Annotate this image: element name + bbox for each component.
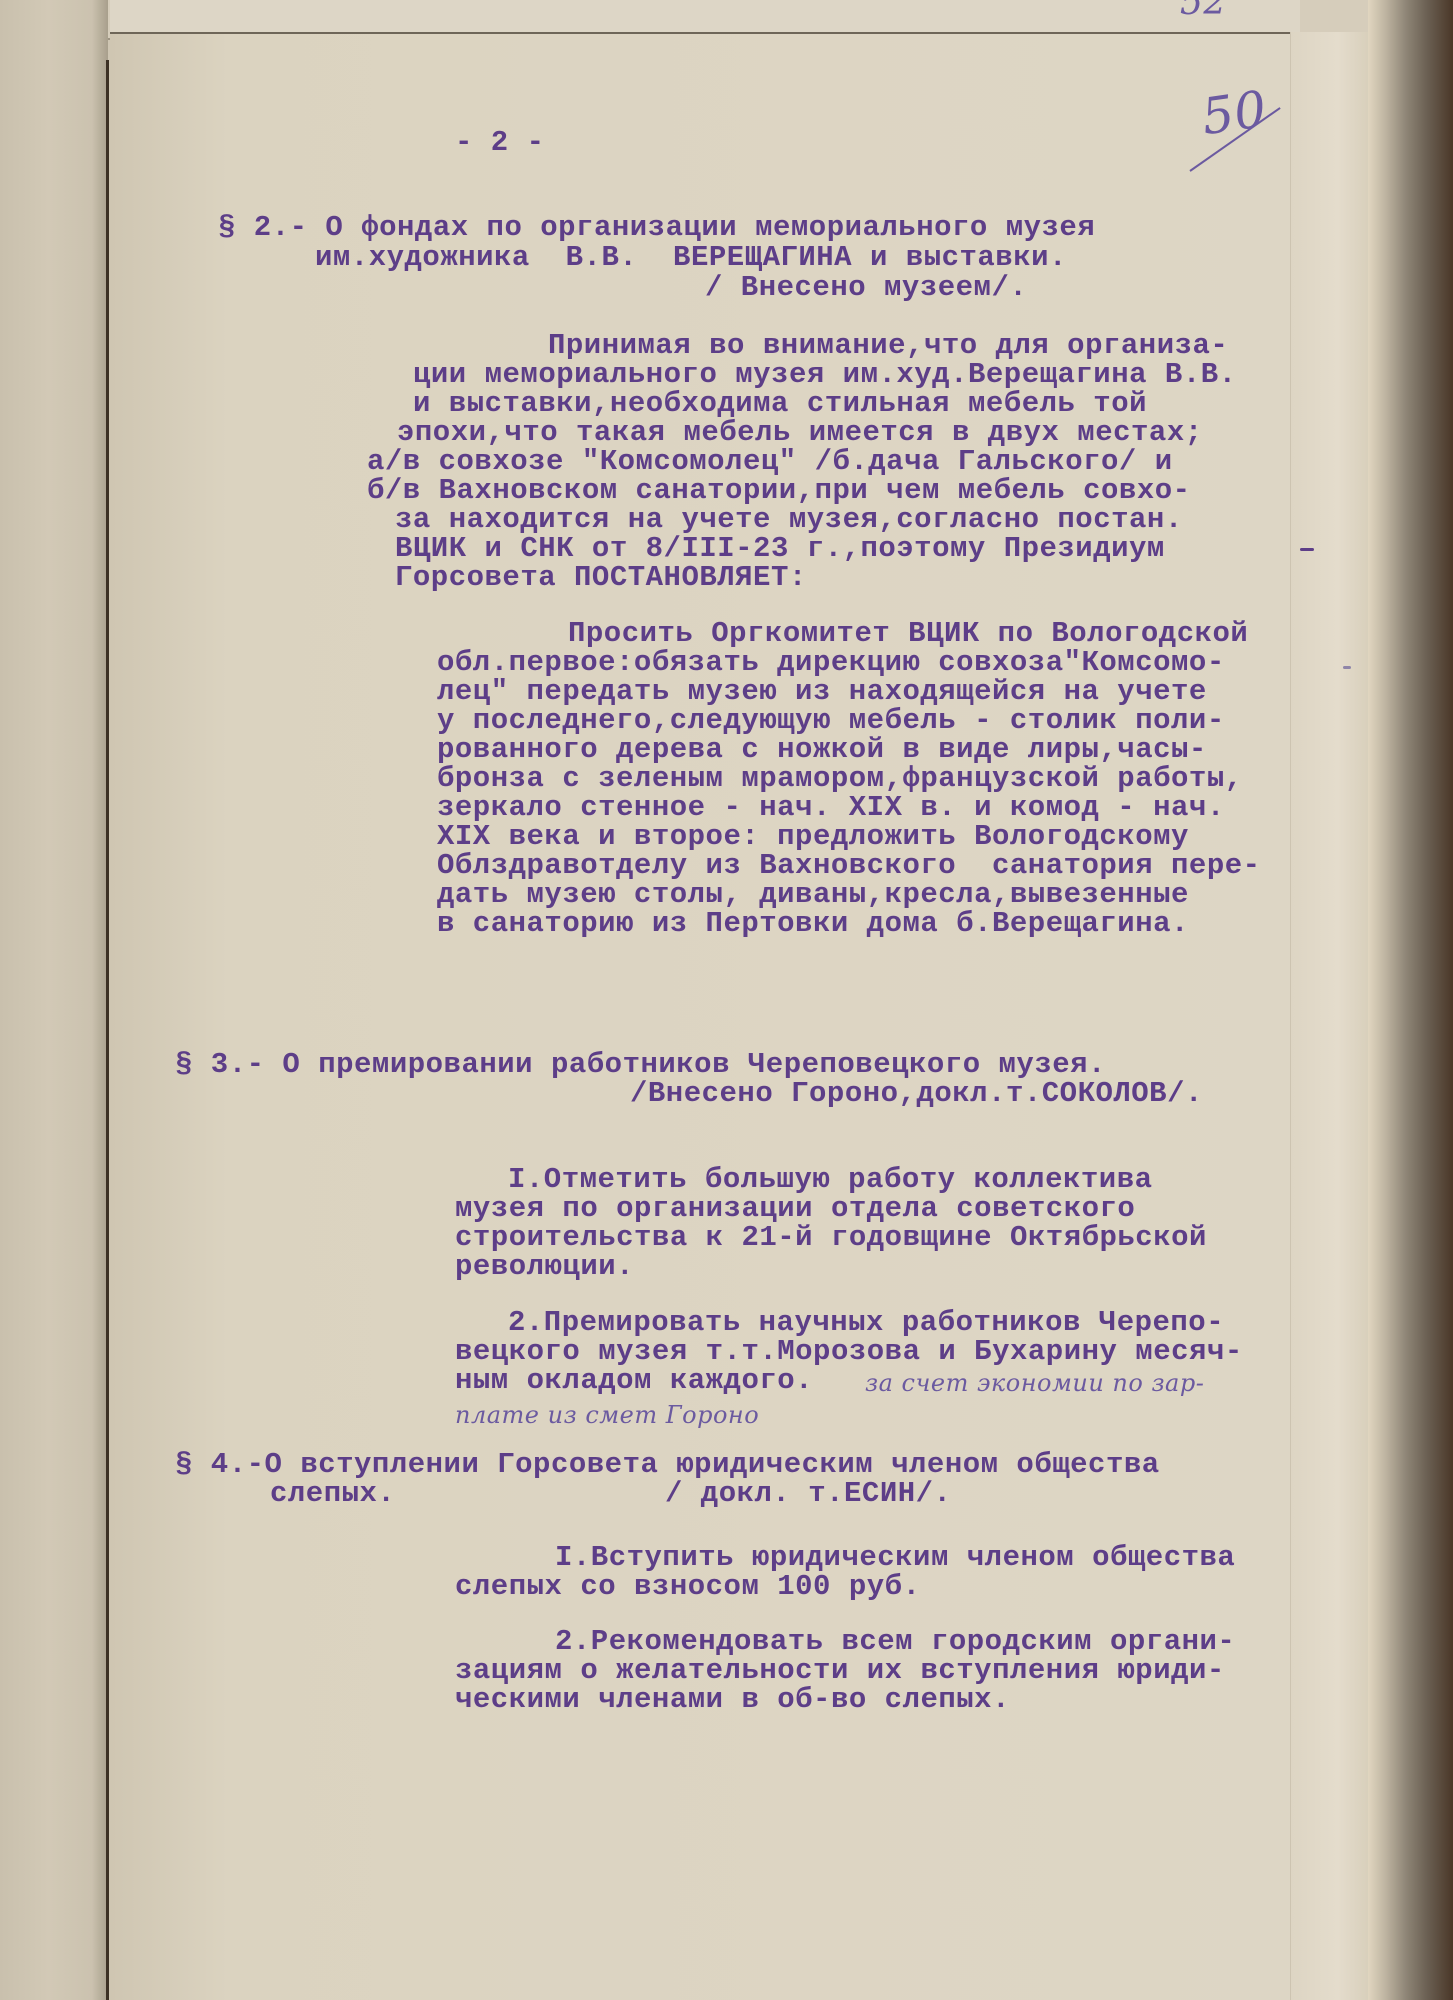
text-line: ции мемориального музея им.худ.Верещагин… <box>413 360 1237 390</box>
adjacent-left-page <box>0 0 108 2000</box>
text-line: у последнего,следующую мебель - столик п… <box>437 706 1225 736</box>
underlying-sheet-edge <box>110 0 1300 34</box>
text-line: дать музею столы, диваны,кресла,вывезенн… <box>437 880 1189 910</box>
text-line: в санаторию из Пертовки дома б.Верещагин… <box>437 909 1189 939</box>
text-line: рованного дерева с ножкой в виде лиры,ча… <box>437 735 1207 765</box>
section-4-reporter: / докл. т.ЕСИН/. <box>665 1479 951 1509</box>
section-2-submitter: / Внесено музеем/. <box>705 273 1027 303</box>
section-2-heading-line: им.художника В.В. ВЕРЕЩАГИНА и выставки. <box>315 243 1067 273</box>
text-line: лец" передать музею из находящейся на уч… <box>437 677 1207 707</box>
text-line: эпохи,что такая мебель имеется в двух ме… <box>397 418 1203 448</box>
text-line: ческими членами в об-во слепых. <box>455 1685 1010 1715</box>
text-line: ВЦИК и СНК от 8/III-23 г.,поэтому Презид… <box>395 534 1165 564</box>
text-line: за находится на учете музея,согласно пос… <box>395 505 1183 535</box>
text-line: бронза с зеленым мрамором,французской ра… <box>437 764 1243 794</box>
text-line: ным окладом каждого. <box>455 1366 813 1396</box>
section-3-heading-line: § 3.- О премировании работников Черепове… <box>175 1050 1106 1080</box>
text-line: обл.первое:обязать дирекцию совхоза"Комс… <box>437 648 1225 678</box>
text-line: Принимая во внимание,что для организа- <box>548 331 1228 361</box>
text-line: 2.Рекомендовать всем городским органи- <box>555 1627 1235 1657</box>
text-line: б/в Вахновском санатории,при чем мебель … <box>367 476 1191 506</box>
text-line: Просить Оргкомитет ВЦИК по Вологодской <box>568 619 1248 649</box>
text-line: вецкого музея т.т.Морозова и Бухарину ме… <box>455 1337 1243 1367</box>
text-line: музея по организации отдела советского <box>455 1194 1135 1224</box>
text-line: строительства к 21-й годовщине Октябрьск… <box>455 1223 1207 1253</box>
section-3-submitter: /Внесено Гороно,докл.т.СОКОЛОВ/. <box>630 1079 1203 1109</box>
ink-mark <box>1300 548 1314 551</box>
section-4-heading-line: § 4.-О вступлении Горсовета юридическим … <box>175 1450 1160 1480</box>
text-line: слепых со взносом 100 руб. <box>455 1572 920 1602</box>
text-line: I.Отметить большую работу коллектива <box>508 1165 1153 1195</box>
text-line: а/в совхозе "Комсомолец" /б.дача Гальско… <box>367 447 1173 477</box>
binding-gutter <box>106 60 109 2000</box>
text-line: революции. <box>455 1252 634 1282</box>
handwritten-annotation: плате из смет Гороно <box>455 1400 759 1430</box>
page-stack-edge <box>1368 0 1453 2000</box>
folio-number-handwritten: 50 <box>1200 94 1268 133</box>
text-line: зеркало стенное - нач. XIX в. и комод - … <box>437 793 1225 823</box>
section-4-heading-line: слепых. <box>270 1479 395 1509</box>
text-line: Горсовета ПОСТАНОВЛЯЕТ: <box>395 563 807 593</box>
section-2-heading-line: § 2.- О фондах по организации мемориальн… <box>218 213 1095 243</box>
ink-mark <box>1343 666 1351 669</box>
handwritten-annotation: за счет экономии по зар- <box>865 1368 1204 1398</box>
page-number: - 2 - <box>455 128 545 158</box>
text-line: Облздравотделу из Вахновского санатория … <box>437 851 1261 881</box>
text-line: и выставки,необходима стильная мебель то… <box>413 389 1147 419</box>
text-line: I.Вступить юридическим членом общества <box>555 1543 1235 1573</box>
text-line: зациям о желательности их вступления юри… <box>455 1656 1225 1686</box>
text-line: 2.Премировать научных работников Черепо- <box>508 1308 1224 1338</box>
text-line: XIX века и второе: предложить Вологодско… <box>437 822 1189 852</box>
page-margin-right <box>1290 32 1369 2000</box>
folio-number-stamped: 52 <box>1180 0 1227 18</box>
